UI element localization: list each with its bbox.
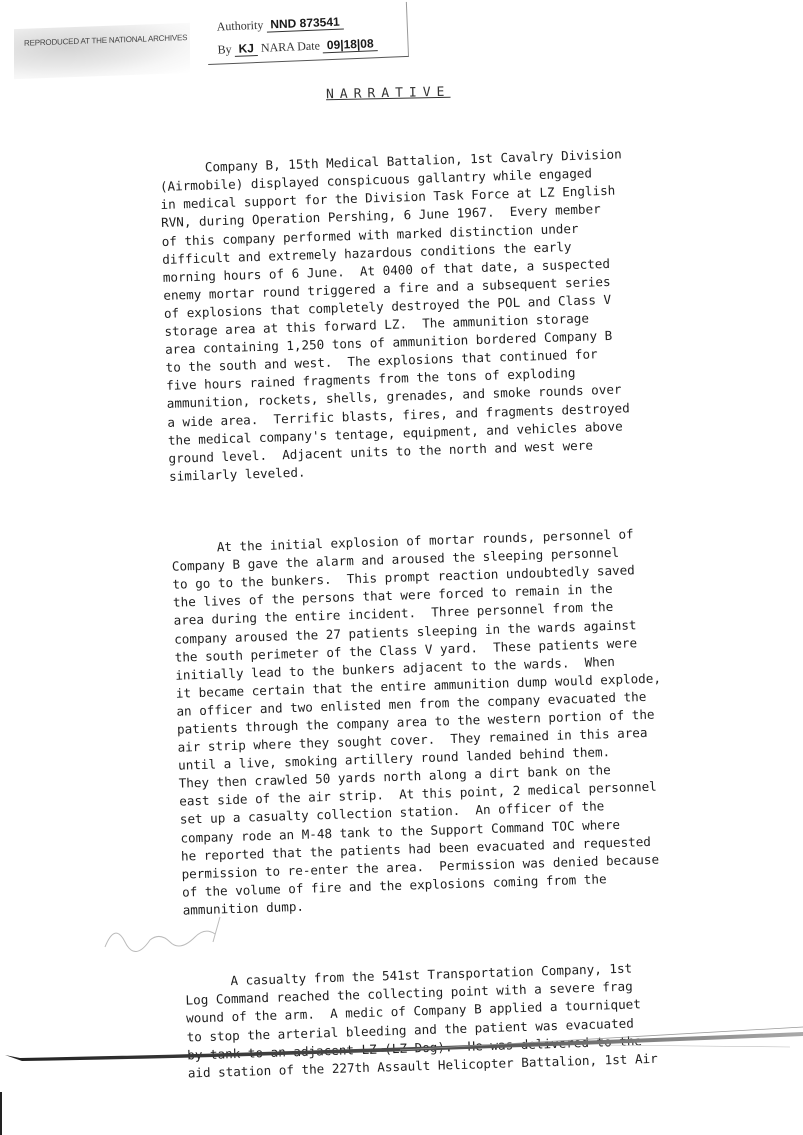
paragraph-2: At the initial explosion of mortar round… <box>171 523 723 920</box>
nara-date-value: 09|18|08 <box>323 36 378 53</box>
authority-line: Authority NND 873541 <box>216 14 344 34</box>
authority-value: NND 873541 <box>266 14 344 32</box>
paragraph-1: Company B, 15th Medical Battalion, 1st C… <box>159 143 709 485</box>
handwritten-mark <box>95 912 245 952</box>
by-value: KJ <box>234 41 258 57</box>
page-title: NARRATIVE <box>326 85 451 103</box>
scan-border <box>0 1092 2 1135</box>
national-archives-stamp: REPRODUCED AT THE NATIONAL ARCHIVES <box>14 23 190 79</box>
authority-stamp: Authority NND 873541 By KJ NARA Date 09|… <box>206 2 409 65</box>
narrative-body: Company B, 15th Medical Battalion, 1st C… <box>158 107 729 1118</box>
nara-date-label: NARA Date <box>261 38 321 54</box>
page-edge-shadow <box>0 1005 803 1065</box>
archive-label: REPRODUCED AT THE NATIONAL ARCHIVES <box>24 33 187 48</box>
declassification-line: By KJ NARA Date 09|18|08 <box>217 36 378 57</box>
by-label: By <box>217 42 232 57</box>
authority-label: Authority <box>216 18 263 34</box>
